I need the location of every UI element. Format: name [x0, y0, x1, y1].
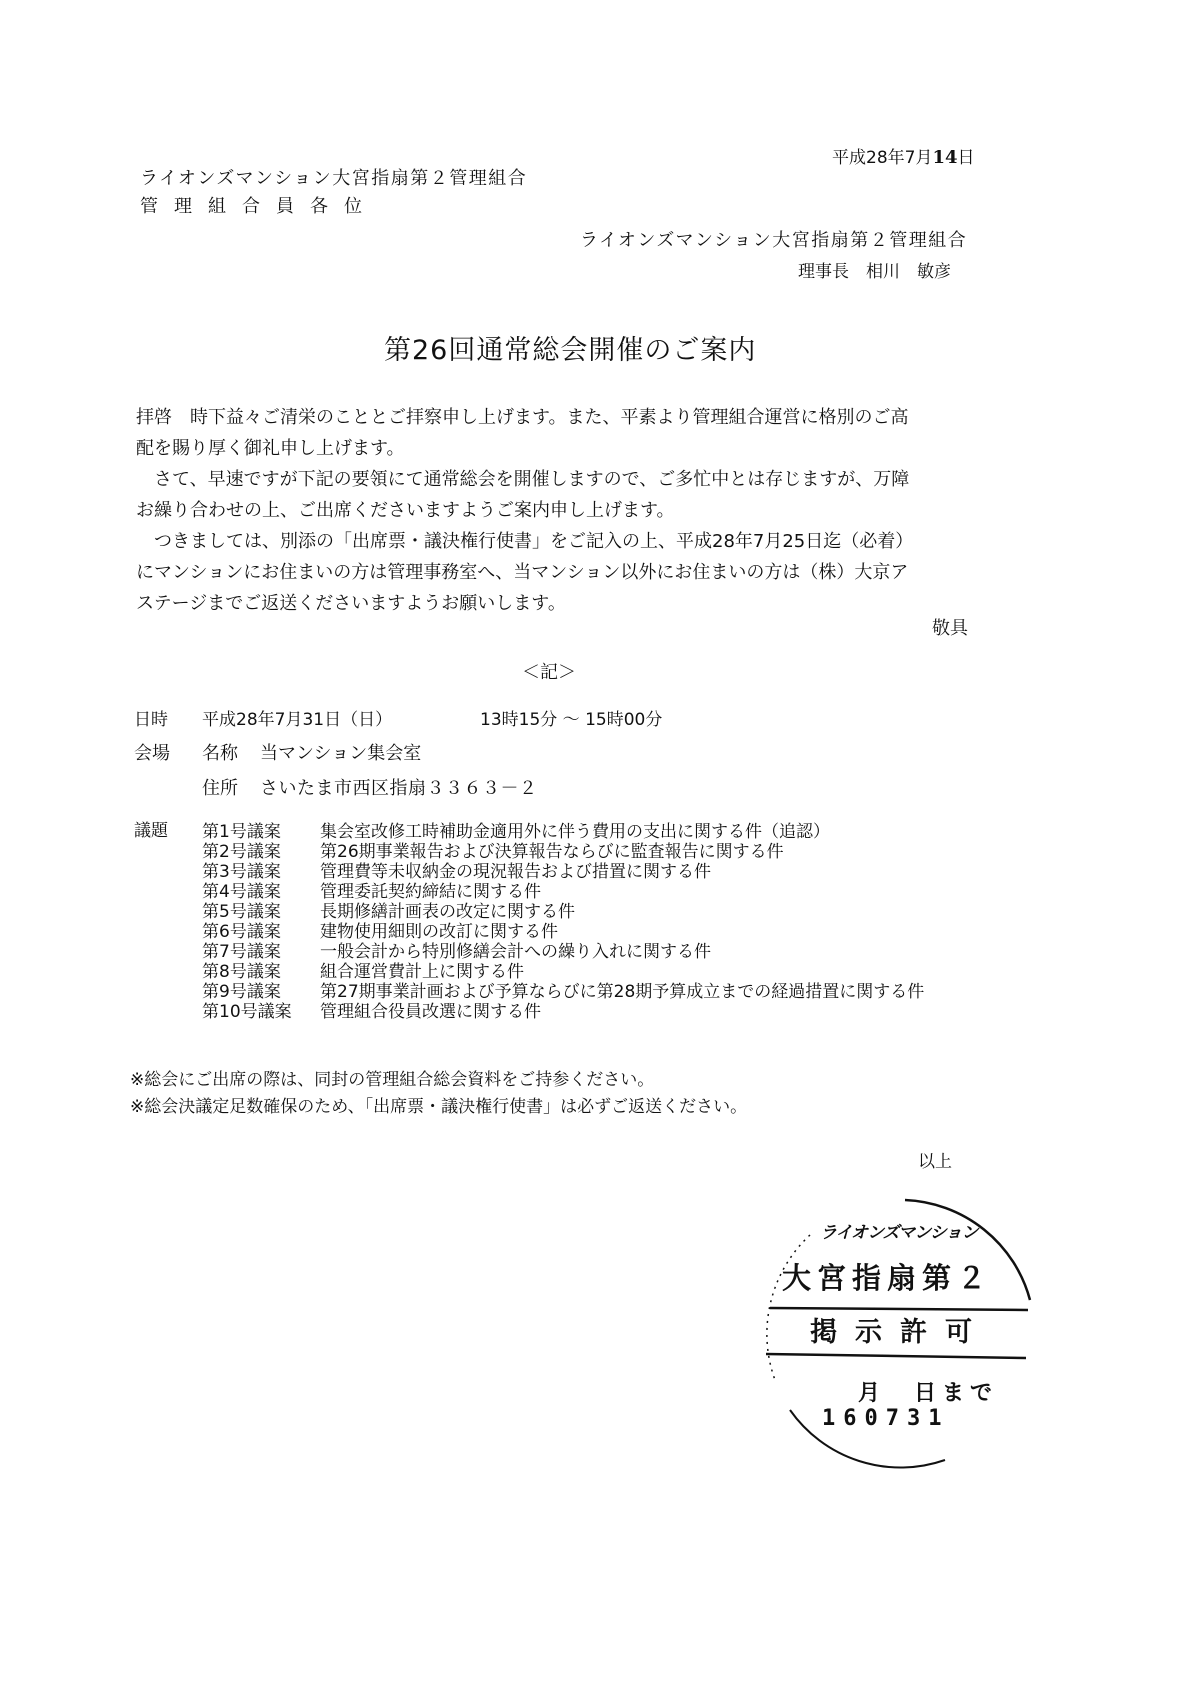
agenda-item-text: 長期修繕計画表の改定に関する件 — [320, 902, 1020, 922]
body-line: つきましては、別添の「出席票・議決権行使書」をご記入の上、平成28年7月25日迄… — [136, 526, 913, 557]
stamp-until: 月 日まで — [858, 1376, 998, 1407]
issue-date-prefix: 平成28年7月 — [832, 148, 932, 168]
agenda-item: 第4号議案管理委託契約締結に関する件 — [202, 882, 1020, 902]
body-line: 拝啓 時下益々ご清栄のこととご拝察申し上げます。また、平素より管理組合運営に格別… — [136, 402, 913, 433]
agenda-item-number: 第3号議案 — [202, 862, 320, 882]
agenda-item-number: 第4号議案 — [202, 882, 320, 902]
stamp-org: ライオンズマンション — [820, 1218, 977, 1243]
agenda-item-text: 建物使用細則の改訂に関する件 — [320, 922, 1020, 942]
agenda-item-number: 第2号議案 — [202, 842, 320, 862]
agenda-item-number: 第7号議案 — [202, 942, 320, 962]
meeting-time: 13時15分 ～ 15時00分 — [480, 710, 662, 730]
agenda-item: 第6号議案建物使用細則の改訂に関する件 — [202, 922, 1020, 942]
body-line: お繰り合わせの上、ご出席くださいますようご案内申し上げます。 — [136, 495, 913, 526]
agenda-item-number: 第8号議案 — [202, 962, 320, 982]
note: ※総会にご出席の際は、同封の管理組合総会資料をご持参ください。 — [130, 1070, 654, 1090]
venue-label: 会場 — [134, 743, 170, 765]
agenda-item-text: 管理費等未収納金の現況報告および措置に関する件 — [320, 862, 1020, 882]
agenda-item-number: 第10号議案 — [202, 1002, 320, 1022]
sender-org: ライオンズマンション大宮指扇第２管理組合 — [580, 230, 967, 252]
agenda-item: 第3号議案管理費等未収納金の現況報告および措置に関する件 — [202, 862, 1020, 882]
issue-date-suffix: 日 — [958, 148, 975, 168]
agenda-item-text: 管理委託契約締結に関する件 — [320, 882, 1020, 902]
end-mark: 以上 — [918, 1152, 952, 1172]
note: ※総会決議定足数確保のため、「出席票・議決権行使書」は必ずご返送ください。 — [130, 1097, 747, 1117]
agenda-item: 第7号議案一般会計から特別修繕会計への繰り入れに関する件 — [202, 942, 1020, 962]
recipient-org: ライオンズマンション大宮指扇第２管理組合 — [140, 168, 527, 190]
posting-permission-stamp: ライオンズマンション 大宮指扇第２ 掲示許可 月 日まで 160731 — [760, 1190, 1030, 1470]
page-title: 第26回通常総会開催のご案内 — [384, 335, 756, 367]
stamp-name: 大宮指扇第２ — [782, 1256, 992, 1297]
agenda-item: 第1号議案集会室改修工時補助金適用外に伴う費用の支出に関する件（追認） — [202, 822, 1020, 842]
agenda-item-number: 第1号議案 — [202, 822, 320, 842]
agenda-item-text: 第27期事業計画および予算ならびに第28期予算成立までの経過措置に関する件 — [320, 982, 990, 1002]
agenda-item-text: 第26期事業報告および決算報告ならびに監査報告に関する件 — [320, 842, 1020, 862]
issue-date-day: 14 — [932, 147, 957, 168]
venue-address: さいたま市西区指扇３３６３－２ — [260, 778, 538, 800]
agenda-list: 第1号議案集会室改修工時補助金適用外に伴う費用の支出に関する件（追認） 第2号議… — [202, 822, 1020, 1022]
agenda-item: 第9号議案第27期事業計画および予算ならびに第28期予算成立までの経過措置に関す… — [202, 982, 1020, 1002]
issue-date: 平成28年7月14日 — [832, 148, 975, 168]
agenda-item-text: 管理組合役員改選に関する件 — [320, 1002, 1020, 1022]
agenda-item: 第5号議案長期修繕計画表の改定に関する件 — [202, 902, 1020, 922]
venue-name: 当マンション集会室 — [260, 743, 421, 765]
stamp-code: 160731 — [822, 1406, 949, 1431]
body-text: 拝啓 時下益々ご清栄のこととご拝察申し上げます。また、平素より管理組合運営に格別… — [136, 402, 913, 619]
recipient: 管理組合員各位 — [140, 196, 378, 218]
venue-address-label: 住所 — [202, 778, 238, 800]
stamp-permission: 掲示許可 — [810, 1310, 990, 1349]
agenda-item-number: 第5号議案 — [202, 902, 320, 922]
body-line: さて、早速ですが下記の要領にて通常総会を開催しますので、ご多忙中とは存じますが、… — [136, 464, 913, 495]
agenda-item: 第8号議案組合運営費計上に関する件 — [202, 962, 1020, 982]
agenda-item-number: 第9号議案 — [202, 982, 320, 1002]
body-line: にマンションにお住まいの方は管理事務室へ、当マンション以外にお住まいの方は（株）… — [136, 557, 913, 588]
agenda-item-text: 組合運営費計上に関する件 — [320, 962, 1020, 982]
meeting-date: 平成28年7月31日（日） — [202, 710, 392, 730]
agenda-label: 議題 — [134, 821, 168, 841]
body-line: 配を賜り厚く御礼申し上げます。 — [136, 433, 913, 464]
body-line: ステージまでご返送くださいますようお願いします。 — [136, 588, 913, 619]
datetime-label: 日時 — [134, 710, 168, 730]
ki-heading: ＜記＞ — [522, 662, 576, 684]
agenda-item: 第2号議案第26期事業報告および決算報告ならびに監査報告に関する件 — [202, 842, 1020, 862]
agenda-item-text: 一般会計から特別修繕会計への繰り入れに関する件 — [320, 942, 1020, 962]
agenda-item: 第10号議案管理組合役員改選に関する件 — [202, 1002, 1020, 1022]
sender-person: 理事長 相川 敏彦 — [798, 262, 951, 282]
venue-name-label: 名称 — [202, 743, 238, 765]
closing: 敬具 — [932, 618, 968, 640]
agenda-item-text: 集会室改修工時補助金適用外に伴う費用の支出に関する件（追認） — [320, 822, 1020, 842]
agenda-item-number: 第6号議案 — [202, 922, 320, 942]
